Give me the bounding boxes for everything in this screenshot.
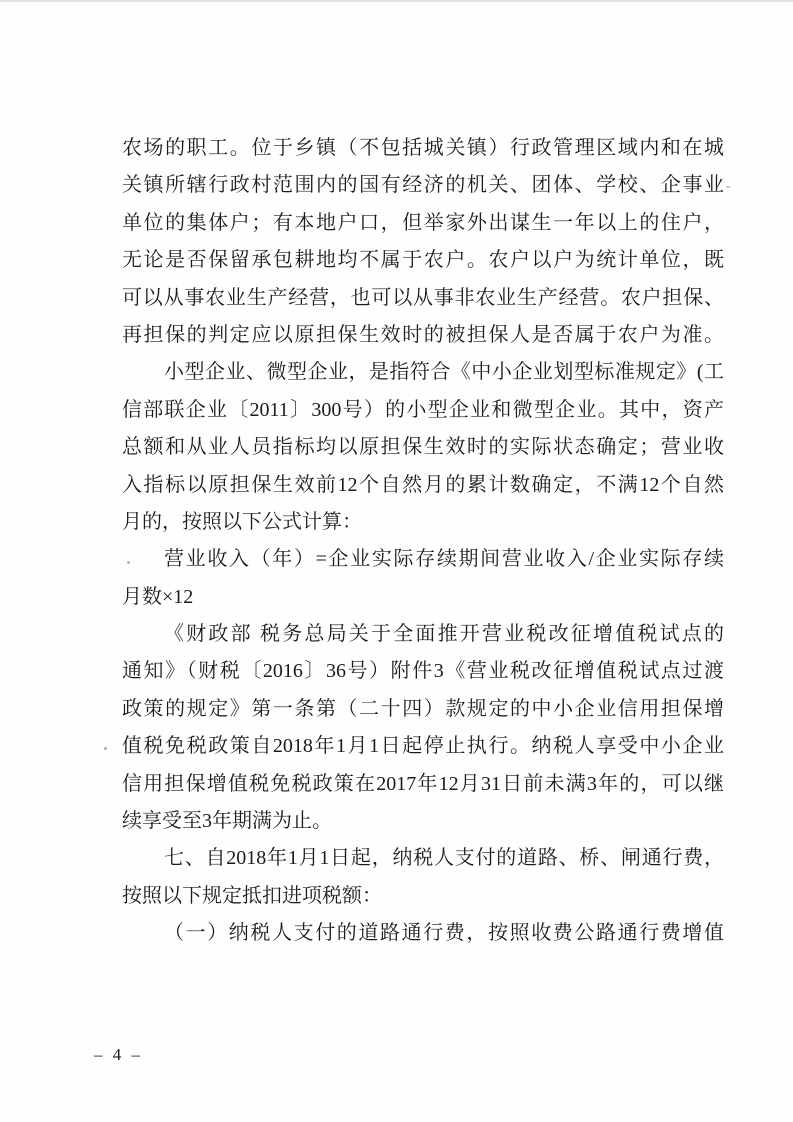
text-line: 按照以下规定抵扣进项税额： [122,878,724,915]
scan-speck [104,747,107,750]
page-number: – 4 – [94,1045,143,1065]
text-line: 入指标以原担保生效前12个自然月的累计数确定，不满12个自然 [122,467,724,504]
scan-edge-artifact [0,0,793,2]
text-line: 政策的规定》第一条第（二十四）款规定的中小企业信用担保增 [122,691,724,728]
text-line: 七、自2018年1月1日起，纳税人支付的道路、桥、闸通行费， [122,840,724,877]
text-line: 单位的集体户；有本地户口，但举家外出谋生一年以上的住户， [122,205,724,242]
text-line: 通知》（财税〔2016〕36号）附件3《营业税改征增值税试点过渡 [122,653,724,690]
scan-speck [726,186,730,188]
text-line: 信用担保增值税免税政策在2017年12月31日前未满3年的，可以继 [122,766,724,803]
document-body-text: 农场的职工。位于乡镇（不包括城关镇）行政管理区域内和在城关镇所辖行政村范围内的国… [122,130,724,953]
text-line: 《财政部 税务总局关于全面推开营业税改征增值税试点的 [122,616,724,653]
text-line: 无论是否保留承包耕地均不属于农户。农户以户为统计单位，既 [122,242,724,279]
scan-speck [127,561,130,564]
text-line: 月数×12 [122,579,724,616]
scanned-document-page: 农场的职工。位于乡镇（不包括城关镇）行政管理区域内和在城关镇所辖行政村范围内的国… [0,0,793,1122]
text-line: 小型企业、微型企业，是指符合《中小企业划型标准规定》(工 [122,354,724,391]
text-line: 信部联企业〔2011〕300号）的小型企业和微型企业。其中，资产 [122,392,724,429]
text-line: 关镇所辖行政村范围内的国有经济的机关、团体、学校、企事业 [122,167,724,204]
text-line: 农场的职工。位于乡镇（不包括城关镇）行政管理区域内和在城 [122,130,724,167]
text-line: 营业收入（年）=企业实际存续期间营业收入/企业实际存续 [122,541,724,578]
text-line: 可以从事农业生产经营，也可以从事非农业生产经营。农户担保、 [122,280,724,317]
text-line: 总额和从业人员指标均以原担保生效时的实际状态确定；营业收 [122,429,724,466]
text-line: 再担保的判定应以原担保生效时的被担保人是否属于农户为准。 [122,317,724,354]
text-line: 月的，按照以下公式计算： [122,504,724,541]
text-line: 续享受至3年期满为止。 [122,803,724,840]
text-line: （一）纳税人支付的道路通行费，按照收费公路通行费增值 [122,915,724,952]
text-line: 值税免税政策自2018年1月1日起停止执行。纳税人享受中小企业 [122,728,724,765]
